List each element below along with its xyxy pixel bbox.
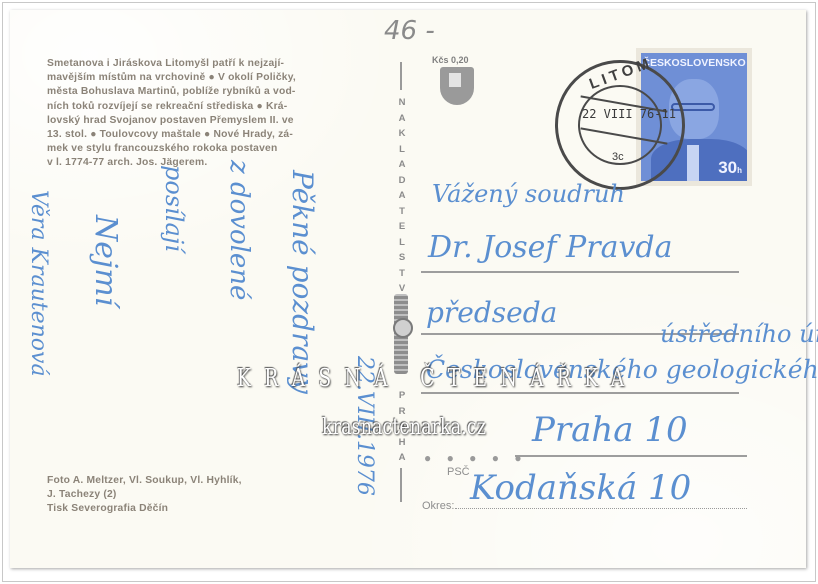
handwritten-city: Praha 10 xyxy=(532,410,688,450)
divider-line xyxy=(400,62,402,90)
description-line: mek ve stylu francouzského rokoka postav… xyxy=(47,142,387,156)
publisher-letter: A xyxy=(395,157,409,173)
description-line: ních toků rozvíjejí se rekreační středis… xyxy=(47,100,387,114)
publisher-letter: N xyxy=(395,95,409,111)
publisher-letter: D xyxy=(395,173,409,189)
address-line xyxy=(515,455,747,457)
stamp-value: 30h xyxy=(718,158,742,178)
description-line: Smetanova i Jiráskova Litomyšl patří k n… xyxy=(47,57,387,71)
pencil-number: 46 - xyxy=(384,16,435,46)
credits-line: Tisk Severografia Děčín xyxy=(47,502,347,516)
portrait-tie xyxy=(687,145,699,181)
description-line: v l. 1774-77 arch. Jos. Jägerem. xyxy=(47,156,387,170)
printed-credits: Foto A. Meltzer, Vl. Soukup, Vl. Hyhlík,… xyxy=(47,474,347,517)
stamp-country: ČESKOSLOVENSKO xyxy=(641,57,747,69)
handwritten-title: předseda xyxy=(426,296,557,329)
psc-boxes: ● ● ● ● ● xyxy=(424,451,528,465)
okres-label: Okres: xyxy=(422,500,454,512)
description-line: 13. stol. ● Toulovcovy maštale ● Nové Hr… xyxy=(47,128,387,142)
credits-line: Foto A. Meltzer, Vl. Soukup, Vl. Hyhlík, xyxy=(47,474,347,488)
description-line: města Bohuslava Martinů, poblíže rybníků… xyxy=(47,85,387,99)
publisher-letter: T xyxy=(395,266,409,282)
printed-description: Smetanova i Jiráskova Litomyšl patří k n… xyxy=(47,57,387,171)
handwritten-street: Kodaňská 10 xyxy=(470,468,691,508)
description-line: lovský hrad Svojanov postaven Přemyslem … xyxy=(47,114,387,128)
publisher-letter: S xyxy=(395,250,409,266)
publisher-vertical-text: NAKLADATELSTVÍ xyxy=(395,95,409,312)
handwritten-message-line: Pěkné pozdravy xyxy=(286,170,319,394)
description-line: mavějším místům na vrchovině ● V okolí P… xyxy=(47,71,387,85)
credits-line: J. Tachezy (2) xyxy=(47,488,347,502)
handwritten-message-line: Nejmí xyxy=(88,215,123,306)
tourism-badge-price: Kčs 0,20 xyxy=(432,55,469,65)
publisher-letter: A xyxy=(395,111,409,127)
divider-line xyxy=(400,468,402,502)
address-line xyxy=(421,392,739,394)
postmark-code: 3c xyxy=(612,151,624,163)
publisher-letter: L xyxy=(395,142,409,158)
handwritten-office-line1: ústředního úřadu xyxy=(660,320,818,348)
handwritten-name: Dr. Josef Pravda xyxy=(428,230,673,265)
watermark-url: krasnactenarka.cz xyxy=(322,415,486,440)
psc-label: PSČ xyxy=(447,466,470,478)
postmark-date: 22 VIII 76-11 xyxy=(582,107,676,121)
handwritten-message-line: z dovolené xyxy=(224,160,254,300)
globe-icon xyxy=(393,318,413,338)
handwritten-salutation: Vážený soudruh xyxy=(432,180,625,208)
postmark: LITOM 22 VIII 76-11 3c xyxy=(555,60,685,190)
handwritten-message-line: posílají xyxy=(160,165,188,252)
okres-dotted-line xyxy=(455,508,747,509)
publisher-letter: K xyxy=(395,126,409,142)
handwritten-signature: Věra Krautenová xyxy=(26,190,51,377)
publisher-letter: L xyxy=(395,235,409,251)
stamp-value-unit: h xyxy=(737,166,742,175)
publisher-letter: T xyxy=(395,204,409,220)
watermark-title: KRÁSNÁ ČTENÁŘKA xyxy=(237,364,637,392)
publisher-letter: A xyxy=(395,450,409,466)
address-line xyxy=(421,271,739,273)
publisher-letter: A xyxy=(395,188,409,204)
castle-icon xyxy=(449,73,461,87)
stamp-value-number: 30 xyxy=(718,158,737,177)
publisher-letter: E xyxy=(395,219,409,235)
